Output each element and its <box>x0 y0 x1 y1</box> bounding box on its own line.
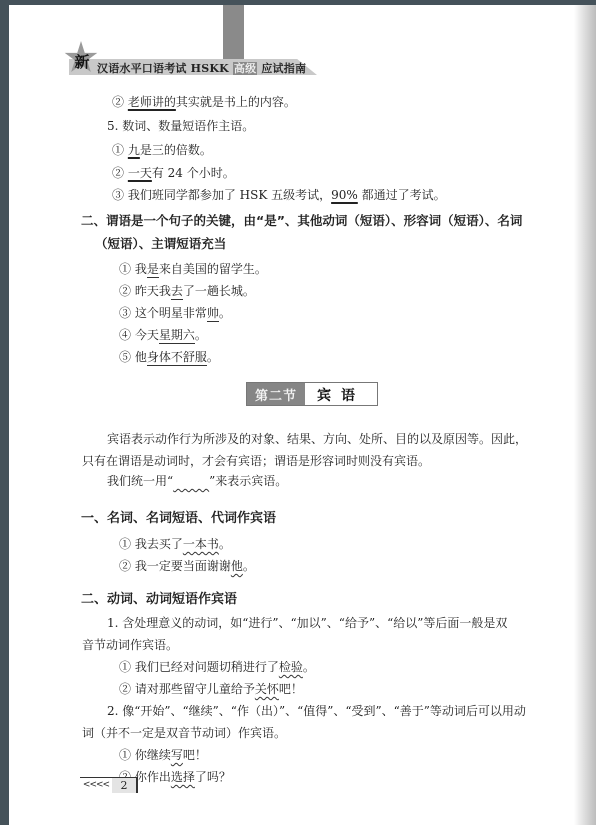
example-text: 。 <box>243 559 255 573</box>
section-number: 第二节 <box>247 383 305 405</box>
intro-mark-line: 我们统一用“______”来表示宾语。 <box>107 472 287 489</box>
example-line: ③ 我们班同学都参加了 HSK 五级考试，90% 都通过了考试。 <box>112 186 446 203</box>
example-text: 有 24 个小时。 <box>152 166 235 180</box>
header-title-highlight: 高级 <box>233 62 257 75</box>
item-number: ① <box>112 143 124 157</box>
example-text: 这个明星非常 <box>135 306 207 320</box>
example-line: ① 你继续写吧！ <box>119 746 207 763</box>
item-number: ① <box>119 537 131 551</box>
example-text: 我们已经对问题切稍进行了 <box>135 660 279 674</box>
example-text: 。 <box>303 660 315 674</box>
example-text: 他 <box>135 350 147 364</box>
object-underlined: 他 <box>231 559 243 573</box>
object-underlined: 关怀 <box>255 682 279 696</box>
section-heading: 一、名词、名词短语、代词作宾语 <box>81 507 276 526</box>
section-badge: 第二节 宾语 <box>246 382 378 406</box>
example-text: 吧！ <box>279 682 303 696</box>
item-number: ② <box>119 559 131 573</box>
item-number: ① <box>119 660 131 674</box>
example-text: 了一趟长城。 <box>183 284 255 298</box>
page-edge-shadow <box>574 5 596 825</box>
example-text: 是三的倍数。 <box>140 143 212 157</box>
object-underlined: 检验 <box>279 660 303 674</box>
predicate-underlined: 星期六 <box>159 328 195 344</box>
header-star-glyph: 新 <box>71 51 93 72</box>
document-page: 新 汉语水平口语考试 HSKK 高级 应试指南 ② 老师讲的其实就是书上的内容。… <box>9 5 596 825</box>
page-number: 2 <box>112 778 138 793</box>
example-text: 你作出 <box>135 770 171 784</box>
item-number: ② <box>119 284 131 298</box>
predicate-underlined: 身体不舒服 <box>147 350 207 366</box>
item-number: ④ <box>119 328 131 342</box>
header-title-pre: 汉语水平口语考试 HSKK <box>97 62 233 75</box>
example-text: ”来表示宾语。 <box>209 474 287 488</box>
chevrons-left-icon: <<<< <box>80 778 112 793</box>
item-number: ② <box>112 95 124 109</box>
example-text: 来自美国的留学生。 <box>159 262 267 276</box>
subject-underlined: 老师讲的 <box>128 95 176 109</box>
object-underlined: 一本书 <box>183 537 219 551</box>
example-line: ① 我是来自美国的留学生。 <box>119 260 267 277</box>
section-title: 宾语 <box>305 383 377 405</box>
example-text: 你继续 <box>135 748 171 762</box>
page-footer: <<<< 2 <box>80 777 138 793</box>
example-text: 今天 <box>135 328 159 342</box>
subject-underlined: 90% <box>331 188 358 202</box>
object-underlined: 选择 <box>171 770 195 784</box>
item-number: ① <box>119 262 131 276</box>
example-line: ① 我们已经对问题切稍进行了检验。 <box>119 658 315 675</box>
example-line: ② <box>119 750 130 764</box>
example-text: 请对那些留守儿童给予 <box>135 682 255 696</box>
example-text: 。 <box>219 306 231 320</box>
example-text: 我一定要当面谢谢 <box>135 559 231 573</box>
subject-underlined: 一天 <box>128 166 152 180</box>
example-text: 。 <box>219 537 231 551</box>
example-line: ① 九是三的倍数。 <box>112 141 212 158</box>
example-text: 我去买了 <box>135 537 183 551</box>
section-heading: 二、谓语是一个句子的关键，由“是”、其他动词（短语）、形容词（短语）、名词 <box>81 211 522 229</box>
example-line: ④ 今天星期六。 <box>119 326 207 343</box>
example-text: 其实就是书上的内容。 <box>176 95 296 109</box>
example-line: ③ 这个明星非常帅。 <box>119 304 231 321</box>
item-number: ② <box>119 682 131 696</box>
item-number: ③ <box>119 306 131 320</box>
example-text: 我 <box>135 262 147 276</box>
example-line: ② 一天有 24 个小时。 <box>112 164 235 181</box>
running-header-title: 汉语水平口语考试 HSKK 高级 应试指南 <box>97 60 306 76</box>
point-paragraph: 1. 含处理意义的动词，如“进行”、“加以”、“给予”、“给以”等后面一般是双 <box>107 614 507 631</box>
example-text: 都通过了考试。 <box>358 188 446 202</box>
wavy-mark-sample: ______ <box>173 474 209 488</box>
section-heading-cont: （短语）、主谓短语充当 <box>95 234 226 252</box>
item-number: ⑤ <box>119 350 131 364</box>
intro-paragraph-cont: 只有在谓语是动词时，才会有宾语；谓语是形容词时则没有宾语。 <box>82 452 430 469</box>
example-line: ② 请对那些留守儿童给予关怀吧！ <box>119 680 303 697</box>
point-paragraph: 2. 像“开始”、“继续”、“作（出）”、“值得”、“受到”、“善于”等动词后可… <box>107 702 526 719</box>
predicate-underlined: 去 <box>171 284 183 300</box>
example-text: 。 <box>195 328 207 342</box>
predicate-underlined: 是 <box>147 262 159 278</box>
example-text: 了吗？ <box>195 770 231 784</box>
example-line: ⑤ 他身体不舒服。 <box>119 348 219 365</box>
predicate-underlined: 帅 <box>207 306 219 322</box>
item-number: ③ <box>112 188 124 202</box>
subject-underlined: 九 <box>128 143 140 157</box>
example-text: 昨天我 <box>135 284 171 298</box>
header-title-post: 应试指南 <box>257 62 306 75</box>
point-paragraph-cont: 词（并不一定是双音节动词）作宾语。 <box>82 724 286 741</box>
item-number: ② <box>112 166 124 180</box>
example-line: ② 昨天我去了一趟长城。 <box>119 282 255 299</box>
intro-paragraph: 宾语表示动作行为所涉及的对象、结果、方向、处所、目的以及原因等。因此， <box>107 430 527 447</box>
example-line: ② 我一定要当面谢谢他。 <box>119 557 255 574</box>
example-line: ② 老师讲的其实就是书上的内容。 <box>112 93 296 110</box>
point-heading: 5. 数词、数量短语作主语。 <box>107 117 254 134</box>
example-text: 吧！ <box>183 748 207 762</box>
example-text: 我们统一用“ <box>107 474 173 488</box>
example-text: 。 <box>207 350 219 364</box>
section-heading: 二、动词、动词短语作宾语 <box>81 588 237 607</box>
object-underlined: 写 <box>171 748 183 762</box>
example-text: 我们班同学都参加了 HSK 五级考试， <box>128 188 331 202</box>
point-paragraph-cont: 音节动词作宾语。 <box>82 636 178 653</box>
example-line: ① 我去买了一本书。 <box>119 535 231 552</box>
